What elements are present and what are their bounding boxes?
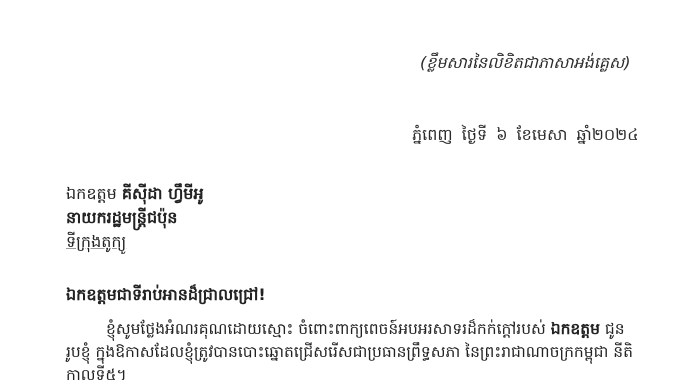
recipient-name: គីស៊ីដា ហ្វឹមីអូ <box>122 184 204 203</box>
body-line-1: ខ្ញុំសូមថ្លែងអំណរគុណដោយស្មោះ ចំពោះពាក្យព… <box>66 318 626 341</box>
body-line-1-tail: ជូន <box>600 320 625 338</box>
body-line-2: រូបខ្ញុំ ក្នុងឱកាសដែលខ្ញុំត្រូវបានបោះឆ្ន… <box>66 341 626 364</box>
letter-body: ខ្ញុំសូមថ្លែងអំណរគុណដោយស្មោះ ចំពោះពាក្យព… <box>66 318 626 385</box>
recipient-block: ឯកឧត្តម គីស៊ីដា ហ្វឹមីអូ នាយករដ្ឋមន្ត្រី… <box>66 182 204 254</box>
recipient-title: ឯកឧត្តម <box>66 184 117 203</box>
body-line-1-bold: ឯកឧត្តម <box>551 320 600 338</box>
body-line-3: កាលទី៥។ <box>66 364 626 385</box>
recipient-name-line: ឯកឧត្តម គីស៊ីដា ហ្វឹមីអូ <box>66 182 204 206</box>
recipient-city: ទីក្រុងតូក្យូ <box>66 230 204 254</box>
date-line: ភ្នំពេញ ថ្ងៃទី ៦ ខែមេសា ឆ្នាំ២០២៤ <box>412 124 639 148</box>
body-line-1-text: ខ្ញុំសូមថ្លែងអំណរគុណដោយស្មោះ ចំពោះពាក្យព… <box>106 320 551 338</box>
salutation: ឯកឧត្តមជាទីរាប់អានដ៏ជ្រាលជ្រៅ! <box>66 284 266 308</box>
recipient-position: នាយករដ្ឋមន្ត្រីជប៉ុន <box>66 206 204 230</box>
translation-note: (ខ្លឹមសារនៃលិខិតជាភាសាអង់គ្លេស) <box>420 52 631 76</box>
letter-page: (ខ្លឹមសារនៃលិខិតជាភាសាអង់គ្លេស) ភ្នំពេញ … <box>0 0 696 385</box>
